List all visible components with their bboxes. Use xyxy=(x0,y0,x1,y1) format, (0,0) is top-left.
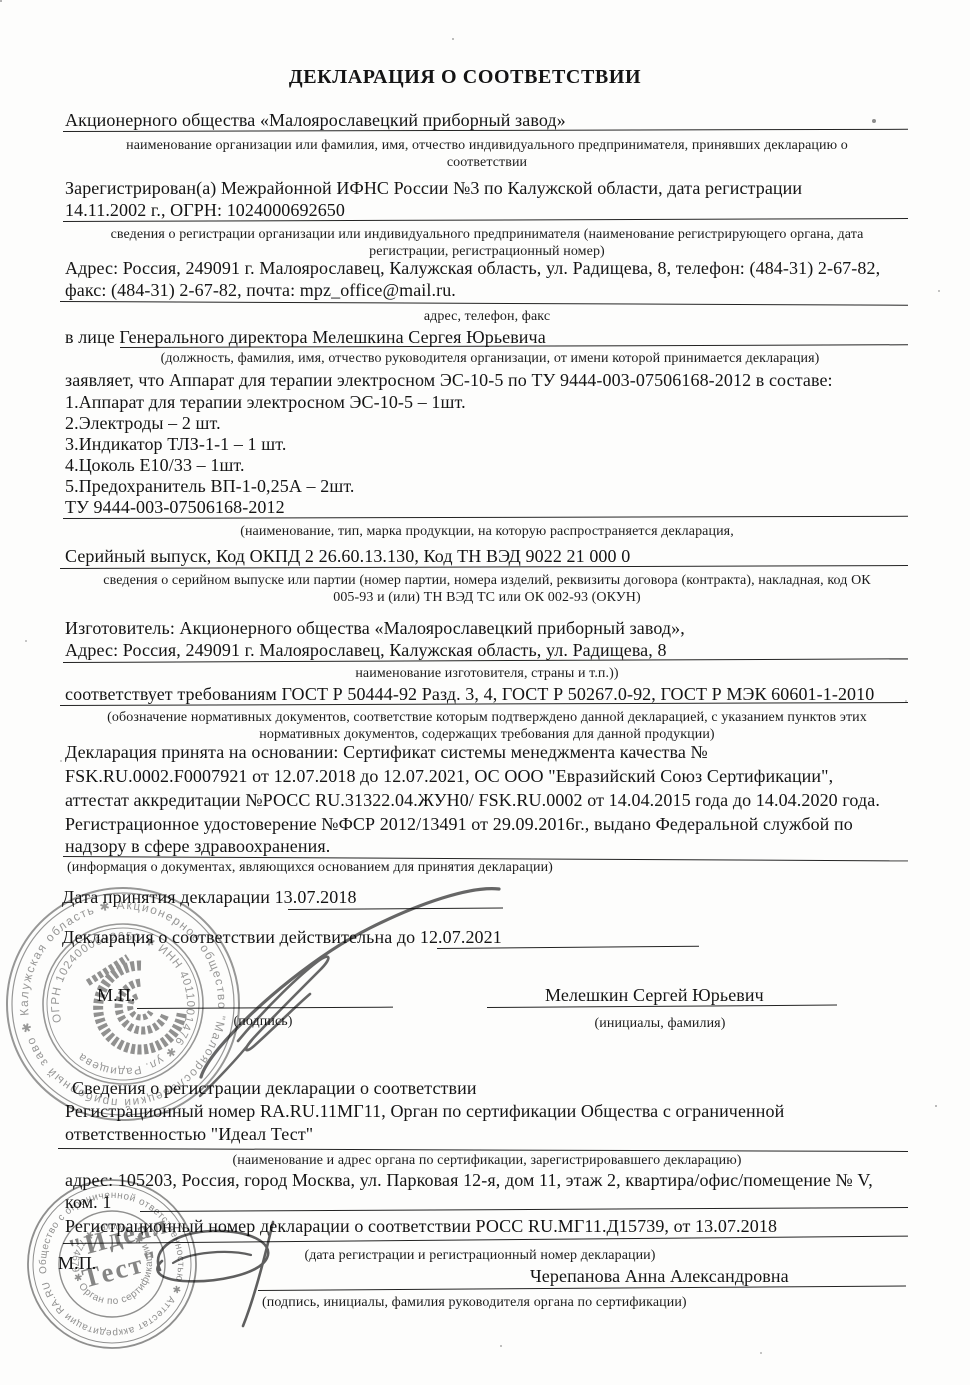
form-line xyxy=(140,1207,908,1212)
adoption-date-line: Дата принятия декларации 13.07.2018 xyxy=(62,887,357,908)
cert-body-line-2: ответственностью "Идеал Тест" xyxy=(65,1124,313,1145)
compliance-caption-1: (обозначение нормативных документов, соо… xyxy=(107,710,867,726)
sign-caption: (подпись) xyxy=(233,1014,292,1030)
page-title: ДЕКЛАРАЦИЯ О СООТВЕТСТВИИ xyxy=(289,66,641,89)
declaration-document: ДЕКЛАРАЦИЯ О СООТВЕТСТВИИ Акционерного о… xyxy=(0,0,970,1385)
manufacturer-caption: наименование изготовителя, страны и т.п.… xyxy=(355,666,618,682)
stamp-place-label-2: М.П. xyxy=(58,1253,96,1274)
cert-body-address-2: ком. 1 xyxy=(65,1192,111,1213)
declarant-address-1: Адрес: Россия, 249091 г. Малоярославец, … xyxy=(65,258,880,279)
product-item: 5.Предохранитель ВП-1-0,25А – 2шт. xyxy=(65,476,355,497)
serial-caption-2: 005-93 и (или) ТН ВЭД ТС или ОК 002-93 (… xyxy=(333,590,641,606)
declarant-name: Акционерного общества «Малоярославецкий … xyxy=(65,110,566,131)
basis-line-1: Декларация принята на основании: Сертифи… xyxy=(65,742,708,763)
product-caption: (наименование, тип, марка продукции, на … xyxy=(240,524,734,540)
product-item: 1.Аппарат для терапии электросном ЭС-10-… xyxy=(65,392,466,413)
cert-head-signature xyxy=(157,1222,273,1326)
registration-info-heading: Сведения о регистрации декларации о соот… xyxy=(72,1078,477,1099)
declarant-name-caption-2: соответствии xyxy=(447,155,527,171)
cert-body-caption: (наименование и адрес органа по сертифик… xyxy=(232,1153,741,1169)
form-line xyxy=(288,907,503,910)
director-signature xyxy=(200,889,499,1096)
cert-body-address-1: адрес: 105203, Россия, город Москва, ул.… xyxy=(65,1170,873,1191)
product-item: 3.Индикатор ТЛЗ-1-1 – 1 шт. xyxy=(65,434,286,455)
scan-noise xyxy=(0,0,2,2)
declaration-number-line: Регистрационный номер декларации о соотв… xyxy=(65,1216,777,1237)
tu-number: ТУ 9444-003-07506168-2012 xyxy=(65,497,285,518)
basis-line-2: FSK.RU.0002.F0007921 от 12.07.2018 до 12… xyxy=(65,766,833,787)
cert-head-caption: (подпись, инициалы, фамилия руководителя… xyxy=(262,1295,687,1311)
initials-caption: (инициалы, фамилия) xyxy=(595,1016,726,1032)
product-item: 4.Цоколь Е10/33 – 1шт. xyxy=(65,455,245,476)
cert-body-round-stamp: Общество с ограниченной ответственностью… xyxy=(22,1170,207,1360)
stamp-place-label: М.П. xyxy=(97,985,135,1006)
signature-line xyxy=(137,1007,393,1009)
manufacturer-address: Адрес: Россия, 249091 г. Малоярославец, … xyxy=(65,640,667,661)
registration-caption-1: сведения о регистрации организации или и… xyxy=(111,227,864,243)
basis-caption: (информация о документах, являющихся осн… xyxy=(67,860,553,876)
registration-line-2: 14.11.2002 г., ОГРН: 1024000692650 xyxy=(65,200,345,221)
cert-body-line-1: Регистрационный номер RA.RU.11МГ11, Орга… xyxy=(65,1101,784,1122)
valid-until-line: Декларация о соответствии действительна … xyxy=(62,927,502,948)
director-name: Мелешкин Сергей Юрьевич xyxy=(545,985,764,1006)
declarant-address-2: факс: (484-31) 2-67-82, почта: mpz_offic… xyxy=(65,280,456,301)
declares-line: заявляет, что Аппарат для терапии электр… xyxy=(65,370,833,391)
registration-line-1: Зарегистрирован(а) Межрайонной ИФНС Росс… xyxy=(65,178,802,199)
number-caption: (дата регистрации и регистрационный номе… xyxy=(304,1248,655,1264)
name-line xyxy=(487,1005,837,1008)
serial-line: Серийный выпуск, Код ОКПД 2 26.60.13.130… xyxy=(65,546,630,567)
basis-line-5: надзору в сфере здравоохранения. xyxy=(65,836,330,857)
form-line xyxy=(58,1148,908,1152)
manufacturer-name: Изготовитель: Акционерного общества «Мал… xyxy=(65,618,685,639)
product-item: 2.Электроды – 2 шт. xyxy=(65,413,221,434)
compliance-caption-2: нормативных документов, содержащих требо… xyxy=(259,727,714,743)
representative-caption: (должность, фамилия, имя, отчество руков… xyxy=(161,351,820,367)
address-caption: адрес, телефон, факс xyxy=(424,309,550,325)
basis-line-3: аттестат аккредитации №РОСС RU.31322.04.… xyxy=(65,790,880,811)
cert-head-name: Черепанова Анна Александровна xyxy=(530,1266,789,1287)
basis-line-4: Регистрационное удостоверение №ФСР 2012/… xyxy=(65,814,853,835)
declarant-name-caption: наименование организации или фамилия, им… xyxy=(126,138,848,154)
form-line xyxy=(60,301,908,306)
serial-caption-1: сведения о серийном выпуске или партии (… xyxy=(103,573,870,589)
